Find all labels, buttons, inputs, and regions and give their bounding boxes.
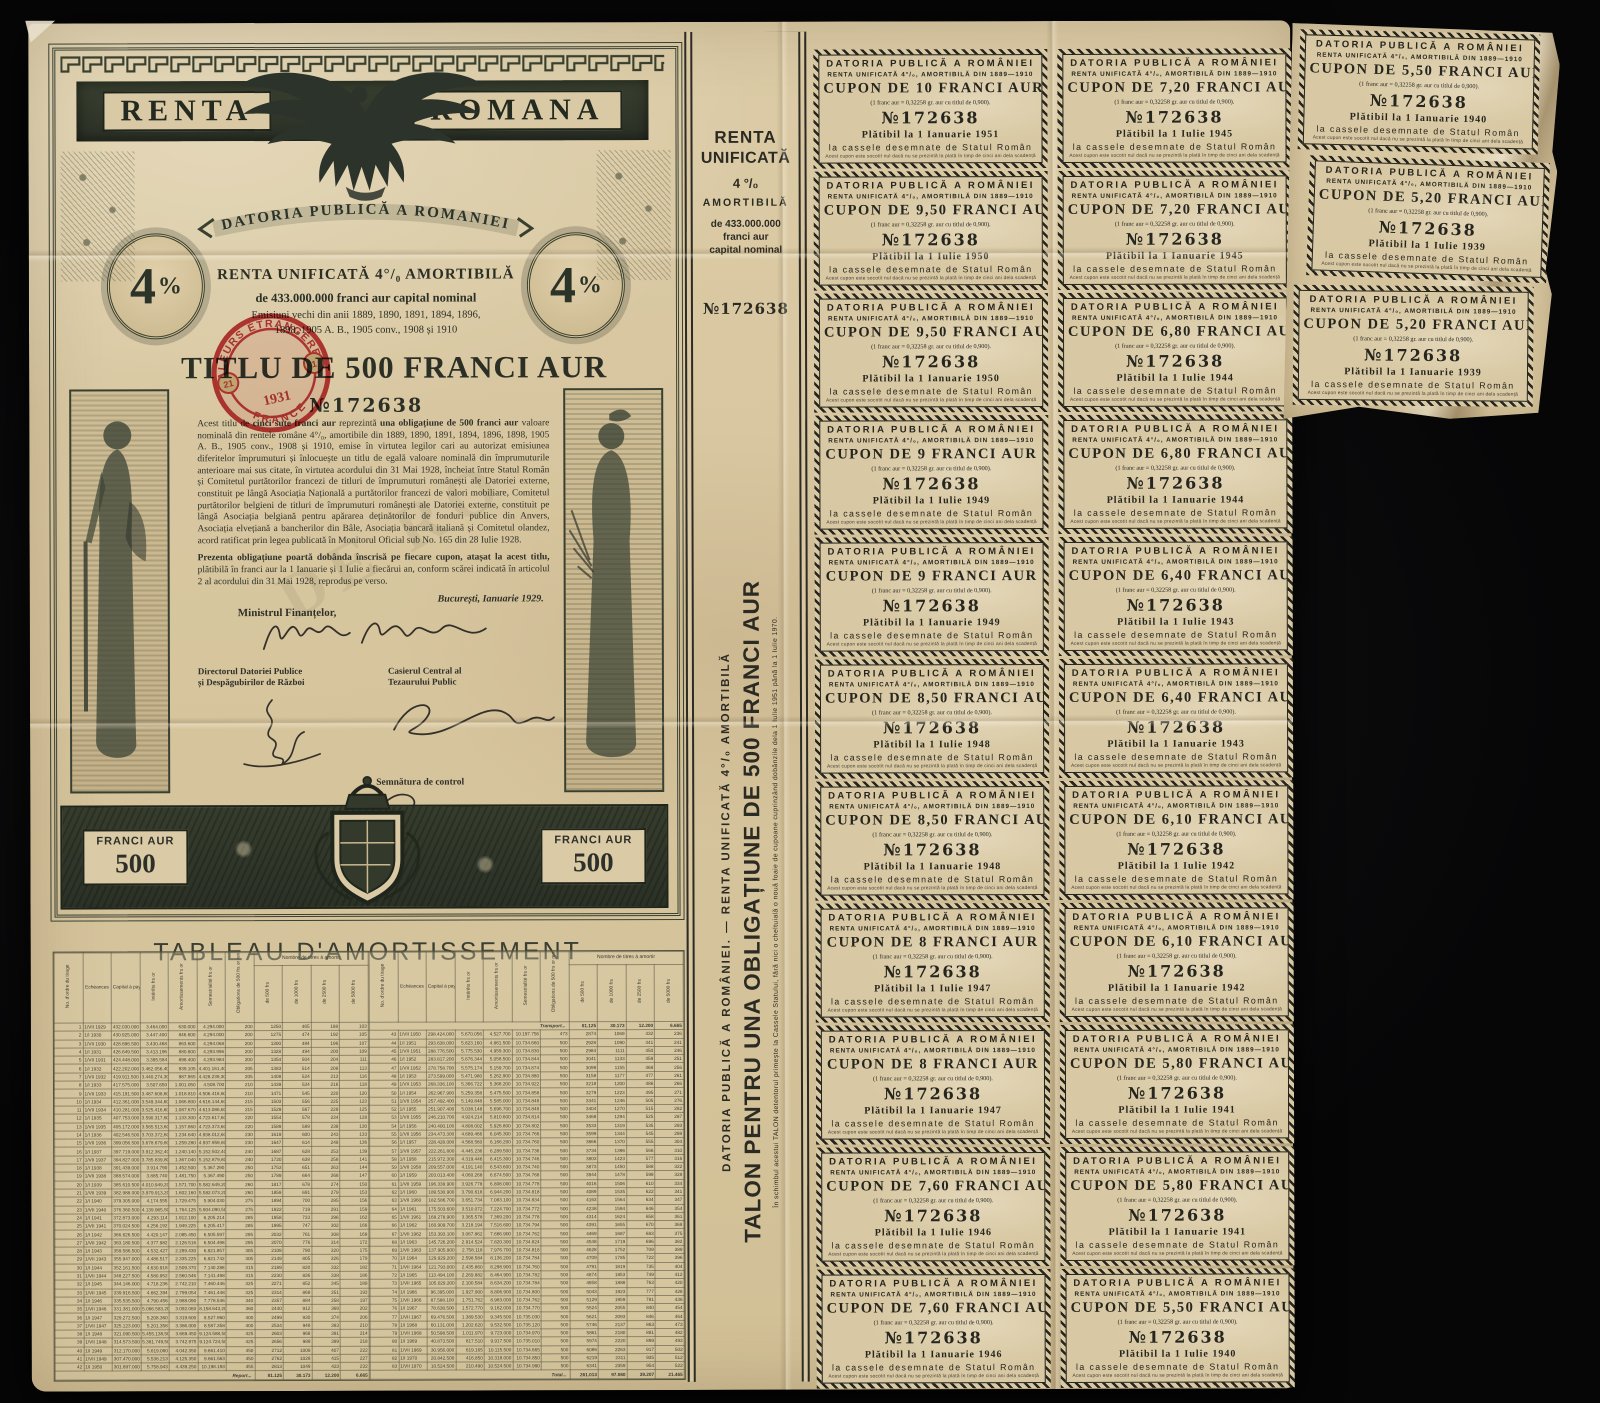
coupon: DATORIA PUBLICĂ A ROMÂNIEIRENTA UNIFICAT…: [815, 537, 1049, 657]
coupon-value: CUPON DE 6,40 FRANCI AUR: [1069, 567, 1283, 585]
coupon-column-3: DATORIA PUBLICĂ A ROMÂNIEIRENTA UNIFICAT…: [1292, 29, 1540, 408]
talon-vertical-title: TALON PENTRU UNA OBLIGAȚIUNE DE 500 FRAN…: [738, 462, 766, 1362]
coupon-fine-print: Acest cupon este socotit nul dacă nu se …: [1071, 1373, 1285, 1379]
table-header: No. d'ordre du tirage: [54, 953, 83, 1023]
table-header: Echéances: [398, 952, 427, 1022]
table-header: Obligations de 500 frs or remboursables …: [540, 952, 569, 1022]
coupon-series: RENTA UNIFICATĂ 4°/₀, AMORTIBILĂ DIN 188…: [1067, 70, 1281, 78]
coupon-fine-print: Acest cupon este socotit nul dacă nu se …: [1070, 1007, 1284, 1013]
coupon-value: CUPON DE 8,50 FRANCI AUR: [825, 690, 1039, 708]
left-figure-illustration: [69, 389, 170, 793]
table-header: de 500 frs: [254, 965, 283, 1022]
coupon-issuer: DATORIA PUBLICĂ A ROMÂNIEI: [824, 180, 1038, 192]
coupon-series: RENTA UNIFICATĂ 4°/₀, AMORTIBILĂ DIN 188…: [1068, 314, 1282, 322]
coupon-series: RENTA UNIFICATĂ 4°/₀, AMORTIBILĂ DIN 188…: [1070, 1046, 1284, 1054]
coupon-due-date: Plătibil la 1 Ianuarie 1942: [1070, 982, 1284, 994]
coupon-payment-place: la cassele desemnate de Statul Român: [1069, 751, 1283, 762]
coupon-payment-place: la cassele desemnate de Statul Român: [825, 874, 1039, 885]
minister-signature: [258, 615, 508, 660]
value-box-left: FRANCI AUR 500: [82, 829, 188, 885]
coupon-value: CUPON DE 8 FRANCI AUR: [826, 934, 1040, 952]
coupon: DATORIA PUBLICĂ A ROMÂNIEIRENTA UNIFICAT…: [816, 903, 1050, 1023]
coupon: DATORIA PUBLICĂ A ROMÂNIEIRENTA UNIFICAT…: [1058, 292, 1292, 412]
coupon-serial: №172638: [825, 718, 1039, 738]
coupon-value: CUPON DE 7,60 FRANCI AUR: [827, 1300, 1041, 1318]
coupon-payment-place: la cassele desemnate de Statul Român: [825, 752, 1039, 763]
table-group-header: Nombre de titres à amortir: [254, 952, 368, 965]
coupon: DATORIA PUBLICĂ A ROMÂNIEIRENTA UNIFICAT…: [1060, 902, 1294, 1022]
coupon-gold-parity: (1 franc aur = 0,32258 gr. aur cu titlul…: [1069, 586, 1283, 594]
coupon-serial: №172638: [827, 1328, 1041, 1348]
coupon-gold-parity: (1 franc aur = 0,32258 gr. aur cu titlul…: [1071, 1318, 1285, 1326]
coupon-issuer: DATORIA PUBLICĂ A ROMÂNIEI: [1069, 667, 1283, 679]
coupon-payment-place: la cassele desemnate de Statul Român: [824, 142, 1038, 153]
talon-unificata: UNIFICATĂ: [687, 150, 805, 168]
coupon-gold-parity: (1 franc aur = 0,32258 gr. aur cu titlul…: [824, 465, 1038, 473]
coupon: DATORIA PUBLICĂ A ROMÂNIEIRENTA UNIFICAT…: [814, 171, 1048, 291]
coupon-payment-place: la cassele desemnate de Statul Român: [1068, 263, 1282, 274]
coupon-due-date: Plătibil la 1 Ianuarie 1951: [823, 129, 1037, 141]
coupon-payment-place: la cassele desemnate de Statul Român: [1070, 1239, 1284, 1250]
talon-rate: 4 °/₀: [687, 176, 805, 191]
coupon-serial: №172638: [823, 108, 1037, 128]
cashier-signature: [388, 694, 558, 750]
coupon-fine-print: Acest cupon este socotit nul dacă nu se …: [1070, 1129, 1284, 1135]
table-header: No. d'ordre du tirage: [369, 952, 398, 1022]
coupon-payment-place: la cassele desemnate de Statul Român: [1069, 629, 1283, 640]
renta-unificata-line: RENTA UNIFICATĂ 4°/₀ AMORTIBILĂ: [181, 266, 551, 284]
coupon-issuer: DATORIA PUBLICĂ A ROMÂNIEI: [1067, 57, 1281, 69]
coupon-fine-print: Acest cupon este socotit nul dacă nu se …: [826, 1130, 1040, 1136]
coupon-serial: №172638: [1069, 595, 1283, 615]
coupon-gold-parity: (1 franc aur = 0,32258 gr. aur cu titlul…: [823, 99, 1037, 107]
coupon-fine-print: Acest cupon este socotit nul dacă nu se …: [826, 1008, 1040, 1014]
coupon: DATORIA PUBLICĂ A ROMÂNIEIRENTA UNIFICAT…: [815, 659, 1049, 779]
coupon-series: RENTA UNIFICATĂ 4°/₀, AMORTIBILĂ DIN 188…: [1070, 1168, 1284, 1176]
coupon-serial: №172638: [1068, 229, 1282, 249]
coupon-gold-parity: (1 franc aur = 0,32258 gr. aur cu titlul…: [825, 831, 1039, 839]
coupon-issuer: DATORIA PUBLICĂ A ROMÂNIEI: [1069, 545, 1283, 557]
coupon-issuer: DATORIA PUBLICĂ A ROMÂNIEI: [1070, 1277, 1284, 1289]
table-header: Capital à payer frs or: [426, 952, 455, 1022]
coupon-gold-parity: (1 franc aur = 0,32258 gr. aur cu titlul…: [1070, 952, 1284, 960]
coupon-due-date: Plătibil la 1 Ianuarie 1950: [824, 373, 1038, 385]
coupon-gold-parity: (1 franc aur = 0,32258 gr. aur cu titlul…: [826, 1075, 1040, 1083]
coupon-serial: №172638: [824, 474, 1038, 494]
coupon: DATORIA PUBLICĂ A ROMÂNIEIRENTA UNIFICAT…: [816, 1269, 1050, 1389]
coupon: DATORIA PUBLICĂ A ROMÂNIEIRENTA UNIFICAT…: [1059, 658, 1293, 778]
coupon: DATORIA PUBLICĂ A ROMÂNIEIRENTA UNIFICAT…: [1058, 414, 1292, 534]
coupon-issuer: DATORIA PUBLICĂ A ROMÂNIEI: [1068, 179, 1282, 191]
coupon-payment-place: la cassele desemnate de Statul Român: [1071, 1361, 1285, 1372]
coupon-issuer: DATORIA PUBLICĂ A ROMÂNIEI: [826, 912, 1040, 924]
coupon-value: CUPON DE 7,20 FRANCI AUR: [1067, 79, 1281, 97]
coupon-fine-print: Acest cupon este socotit nul dacă nu se …: [1068, 397, 1282, 403]
coupon-value: CUPON DE 5,50 FRANCI AUR: [1309, 61, 1529, 83]
coupon: DATORIA PUBLICĂ A ROMÂNIEIRENTA UNIFICAT…: [1058, 170, 1292, 290]
coupon-series: RENTA UNIFICATĂ 4°/₀, AMORTIBILĂ DIN 188…: [1069, 802, 1283, 810]
coupon-value: CUPON DE 5,80 FRANCI AUR: [1070, 1055, 1284, 1073]
coupon-series: RENTA UNIFICATĂ 4°/₀, AMORTIBILĂ DIN 188…: [825, 559, 1039, 567]
coupon-due-date: Plătibil la 1 Iulie 1946: [826, 1227, 1040, 1239]
coupon-fine-print: Acest cupon este socotit nul dacă nu se …: [1070, 1251, 1284, 1257]
coupon-due-date: Plătibil la 1 Ianuarie 1945: [1068, 250, 1282, 262]
coupon-issuer: DATORIA PUBLICĂ A ROMÂNIEI: [824, 424, 1038, 436]
coupon-fine-print: Acest cupon este socotit nul dacă nu se …: [1069, 641, 1283, 647]
capital-line: de 433.000.000 franci aur capital nomina…: [181, 290, 551, 306]
coupon: DATORIA PUBLICĂ A ROMÂNIEIRENTA UNIFICAT…: [1298, 29, 1541, 154]
coupon-fine-print: Acest cupon este socotit nul dacă nu se …: [1069, 763, 1283, 769]
coupon-value: CUPON DE 7,20 FRANCI AUR: [1068, 201, 1282, 219]
coupon-payment-place: la cassele desemnate de Statul Român: [1068, 141, 1282, 152]
coupon: DATORIA PUBLICĂ A ROMÂNIEIRENTA UNIFICAT…: [1057, 48, 1291, 168]
coupon-series: RENTA UNIFICATĂ 4°/₀, AMORTIBILĂ DIN 188…: [825, 803, 1039, 811]
coupon-serial: №172638: [1071, 1327, 1285, 1347]
coupon-serial: №172638: [1070, 961, 1284, 981]
director-label: Directorul Datoriei Publice și Despăgubi…: [198, 666, 360, 773]
coupon-due-date: Plătibil la 1 Ianuarie 1944: [1068, 494, 1282, 506]
coupon-series: RENTA UNIFICATĂ 4°/₀, AMORTIBILĂ DIN 188…: [823, 71, 1037, 79]
coupon-series: RENTA UNIFICATĂ 4°/₀, AMORTIBILĂ DIN 188…: [826, 1047, 1040, 1055]
coupon-gold-parity: (1 franc aur = 0,32258 gr. aur cu titlul…: [826, 953, 1040, 961]
coupon-fine-print: Acest cupon este socotit nul dacă nu se …: [825, 642, 1039, 648]
coupon-due-date: Plătibil la 1 Iulie 1948: [825, 739, 1039, 751]
coupon-series: RENTA UNIFICATĂ 4°/₀, AMORTIBILĂ DIN 188…: [825, 681, 1039, 689]
table-header: de 1000 frs: [597, 965, 626, 1022]
coupon: DATORIA PUBLICĂ A ROMÂNIEIRENTA UNIFICAT…: [1060, 1146, 1294, 1266]
coupon-serial: №172638: [1069, 717, 1283, 737]
talon-strip: RENTA UNIFICATĂ 4 °/₀ AMORTIBILĂ de 433.…: [684, 32, 810, 1382]
coupon-issuer: DATORIA PUBLICĂ A ROMÂNIEI: [826, 1156, 1040, 1168]
coupon-fine-print: Acest cupon este socotit nul dacă nu se …: [825, 886, 1039, 892]
cashier-label: Casierul Central al Tezaurului Public: [374, 665, 550, 772]
coupon-series: RENTA UNIFICATĂ 4°/₀, AMORTIBILĂ DIN 188…: [826, 1169, 1040, 1177]
coupon-issuer: DATORIA PUBLICĂ A ROMÂNIEI: [1070, 911, 1284, 923]
dateline: București, Ianuarie 1929.: [198, 593, 544, 605]
coupon-due-date: Plătibil la 1 Ianuarie 1949: [825, 617, 1039, 629]
coupon-issuer: DATORIA PUBLICĂ A ROMÂNIEI: [823, 58, 1037, 70]
coupon-gold-parity: (1 franc aur = 0,32258 gr. aur cu titlul…: [824, 221, 1038, 229]
coupon: DATORIA PUBLICĂ A ROMÂNIEIRENTA UNIFICAT…: [1059, 780, 1293, 900]
table-header: Echéances: [83, 953, 112, 1023]
coupon-fine-print: Acest cupon este socotit nul dacă nu se …: [1068, 275, 1282, 281]
coupon-serial: №172638: [1069, 839, 1283, 859]
coupon-series: RENTA UNIFICATĂ 4°/₀, AMORTIBILĂ DIN 188…: [826, 925, 1040, 933]
coupon-series: RENTA UNIFICATĂ 4°/₀, AMORTIBILĂ DIN 188…: [1069, 558, 1283, 566]
coupon-issuer: DATORIA PUBLICĂ A ROMÂNIEI: [824, 302, 1038, 314]
coupon-value: CUPON DE 6,10 FRANCI AUR: [1069, 811, 1283, 829]
coupon-payment-place: la cassele desemnate de Statul Român: [826, 996, 1040, 1007]
certificate: RENTA ROMANA DATORIA PUBLICĂ A ROMANIEI …: [50, 32, 684, 1384]
talon-renta: RENTA: [686, 128, 804, 148]
coupon-payment-place: la cassele desemnate de Statul Român: [1070, 1117, 1284, 1128]
coupon-series: RENTA UNIFICATĂ 4°/₀, AMORTIBILĂ DIN 188…: [1068, 192, 1282, 200]
table-header: Amortissements frs or: [483, 952, 512, 1022]
coupon-issuer: DATORIA PUBLICĂ A ROMÂNIEI: [1068, 423, 1282, 435]
coupon-due-date: Plătibil la 1 Iulie 1943: [1069, 616, 1283, 628]
coupon-series: RENTA UNIFICATĂ 4°/₀, AMORTIBILĂ DIN 188…: [1068, 436, 1282, 444]
right-figure-illustration: [563, 388, 664, 792]
coupon-value: CUPON DE 6,80 FRANCI AUR: [1068, 445, 1282, 463]
coupon-gold-parity: (1 franc aur = 0,32258 gr. aur cu titlul…: [1068, 220, 1282, 228]
torn-coupon-piece: DATORIA PUBLICĂ A ROMÂNIEIRENTA UNIFICAT…: [1284, 23, 1561, 425]
amortization-table-right: No. d'ordre du tirageEchéancesCapital à …: [369, 951, 685, 1380]
coupon-value: CUPON DE 9 FRANCI AUR: [825, 568, 1039, 586]
coupon-payment-place: la cassele desemnate de Statul Român: [825, 630, 1039, 641]
coupon-gold-parity: (1 franc aur = 0,32258 gr. aur cu titlul…: [825, 587, 1039, 595]
talon-head: RENTA UNIFICATĂ 4 °/₀ AMORTIBILĂ de 433.…: [686, 128, 804, 318]
coupon-gold-parity: (1 franc aur = 0,32258 gr. aur cu titlul…: [1068, 464, 1282, 472]
coupon-issuer: DATORIA PUBLICĂ A ROMÂNIEI: [1070, 1033, 1284, 1045]
coupon-fine-print: Acest cupon este socotit nul dacă nu se …: [1068, 153, 1282, 159]
coupon-serial: №172638: [826, 1206, 1040, 1226]
coupon-due-date: Plătibil la 1 Ianuarie 1939: [1303, 366, 1523, 379]
coupon-serial: №172638: [825, 840, 1039, 860]
coupon-due-date: Plătibil la 1 Iulie 1945: [1067, 128, 1281, 140]
coupon-gold-parity: (1 franc aur = 0,32258 gr. aur cu titlul…: [825, 709, 1039, 717]
coupon-payment-place: la cassele desemnate de Statul Român: [1070, 995, 1284, 1006]
coupon-issuer: DATORIA PUBLICĂ A ROMÂNIEI: [1070, 1155, 1284, 1167]
coupon-due-date: Plătibil la 1 Iulie 1940: [1071, 1348, 1285, 1360]
coupon-payment-place: la cassele desemnate de Statul Român: [1303, 379, 1523, 391]
coupon-due-date: Plătibil la 1 Iulie 1941: [1070, 1104, 1284, 1116]
coupon-due-date: Plătibil la 1 Ianuarie 1946: [827, 1349, 1041, 1361]
table-header: de 5000 frs: [654, 964, 683, 1021]
coupon-due-date: Plătibil la 1 Iulie 1950: [824, 251, 1038, 263]
talon-serial: №172638: [687, 300, 805, 318]
coupon-value: CUPON DE 9,50 FRANCI AUR: [824, 202, 1038, 220]
coupon-issuer: DATORIA PUBLICĂ A ROMÂNIEI: [1068, 301, 1282, 313]
table-header: Obligations de 500 frs or remboursables …: [225, 953, 254, 1023]
coupon-gold-parity: (1 franc aur = 0,32258 gr. aur cu titlul…: [824, 343, 1038, 351]
table-header: de 2500 frs: [311, 965, 340, 1022]
coupon-payment-place: la cassele desemnate de Statul Român: [827, 1362, 1041, 1373]
table-header: Intérêts frs or: [140, 953, 169, 1023]
bond-sheet: RENTA ROMANA DATORIA PUBLICĂ A ROMANIEI …: [28, 20, 1294, 1391]
coat-of-arms: [292, 773, 442, 923]
coupon: DATORIA PUBLICĂ A ROMÂNIEIRENTA UNIFICAT…: [1293, 285, 1534, 407]
coupon-due-date: Plătibil la 1 Iulie 1942: [1069, 860, 1283, 872]
coupon-payment-place: la cassele desemnate de Statul Român: [1069, 873, 1283, 884]
coupon-value: CUPON DE 9,50 FRANCI AUR: [824, 324, 1038, 342]
coupon-series: RENTA UNIFICATĂ 4°/₀, AMORTIBILĂ DIN 188…: [827, 1291, 1041, 1299]
coupon-due-date: Plătibil la 1 Ianuarie 1948: [825, 861, 1039, 873]
coupon: DATORIA PUBLICĂ A ROMÂNIEIRENTA UNIFICAT…: [814, 293, 1048, 413]
coupon-series: RENTA UNIFICATĂ 4°/₀, AMORTIBILĂ DIN 188…: [824, 315, 1038, 323]
coupon-payment-place: la cassele desemnate de Statul Român: [824, 386, 1038, 397]
floral-ornament: [61, 151, 135, 281]
coupon-fine-print: Acest cupon este socotit nul dacă nu se …: [826, 1252, 1040, 1258]
coupon-value: CUPON DE 8 FRANCI AUR: [826, 1056, 1040, 1074]
table-header: de 1000 frs: [282, 965, 311, 1022]
table-sum-row: Report...81.12530.17312.2006.665: [55, 1371, 369, 1380]
table-header: de 5000 frs: [339, 965, 368, 1022]
coupon-issuer: DATORIA PUBLICĂ A ROMÂNIEI: [826, 1034, 1040, 1046]
coupon-serial: №172638: [1067, 107, 1281, 127]
coupon-value: CUPON DE 10 FRANCI AUR: [823, 80, 1037, 98]
floral-ornament: [597, 150, 671, 280]
coupon-serial: №172638: [824, 352, 1038, 372]
coupon-due-date: Plătibil la 1 Iulie 1944: [1068, 372, 1282, 384]
amortization-table: No. d'ordre du tirageEchéancesCapital à …: [53, 950, 686, 1382]
coupon-payment-place: la cassele desemnate de Statul Român: [826, 1118, 1040, 1129]
coupon-serial: №172638: [824, 230, 1038, 250]
talon-amortibila: AMORTIBILĂ: [687, 197, 805, 209]
talon-vertical-text: DATORIA PUBLICĂ A ROMÂNIEI. — RENTA UNIF…: [693, 462, 805, 1362]
coupon-payment-place: la cassele desemnate de Statul Român: [824, 508, 1038, 519]
coupon-series: RENTA UNIFICATĂ 4°/₀, AMORTIBILĂ DIN 188…: [1071, 1290, 1285, 1298]
table-sum-row: Total...261.01397.06039.20721.465: [370, 1370, 684, 1379]
coupon-gold-parity: (1 franc aur = 0,32258 gr. aur cu titlul…: [1069, 708, 1283, 716]
coupon-value: CUPON DE 5,80 FRANCI AUR: [1070, 1177, 1284, 1195]
coupon-issuer: DATORIA PUBLICĂ A ROMÂNIEI: [826, 1278, 1040, 1290]
talon-capital1: de 433.000.000: [687, 219, 805, 230]
coupon-column-1: DATORIA PUBLICĂ A ROMÂNIEIRENTA UNIFICAT…: [813, 49, 1051, 1389]
coupon-gold-parity: (1 franc aur = 0,32258 gr. aur cu titlul…: [826, 1197, 1040, 1205]
coupon: DATORIA PUBLICĂ A ROMÂNIEIRENTA UNIFICAT…: [1060, 1024, 1294, 1144]
coupon-series: RENTA UNIFICATĂ 4°/₀, AMORTIBILĂ DIN 188…: [824, 437, 1038, 445]
coupon-fine-print: Acest cupon este socotit nul dacă nu se …: [1303, 391, 1523, 398]
coupon-payment-place: la cassele desemnate de Statul Român: [824, 264, 1038, 275]
coupon-series: RENTA UNIFICATĂ 4°/₀, AMORTIBILĂ DIN 188…: [1070, 924, 1284, 932]
coupon-gold-parity: (1 franc aur = 0,32258 gr. aur cu titlul…: [1303, 335, 1523, 344]
coupon: DATORIA PUBLICĂ A ROMÂNIEIRENTA UNIFICAT…: [816, 1147, 1050, 1267]
coupon-fine-print: Acest cupon este socotit nul dacă nu se …: [825, 520, 1039, 526]
coupon: DATORIA PUBLICĂ A ROMÂNIEIRENTA UNIFICAT…: [815, 781, 1049, 901]
coupon-fine-print: Acest cupon este socotit nul dacă nu se …: [1069, 519, 1283, 525]
table-header: Amortissements frs or: [168, 953, 197, 1023]
coupon: DATORIA PUBLICĂ A ROMÂNIEIRENTA UNIFICAT…: [1060, 1268, 1294, 1388]
talon-capital2: franci aur: [687, 232, 805, 243]
coupon-gold-parity: (1 franc aur = 0,32258 gr. aur cu titlul…: [1068, 342, 1282, 350]
coupon-gold-parity: (1 franc aur = 0,32258 gr. aur cu titlul…: [827, 1319, 1041, 1327]
coupon-due-date: Plătibil la 1 Ianuarie 1947: [826, 1105, 1040, 1117]
coupon-gold-parity: (1 franc aur = 0,32258 gr. aur cu titlul…: [1067, 98, 1281, 106]
coupon-fine-print: Acest cupon este socotit nul dacă nu se …: [824, 154, 1038, 160]
coupon-serial: №172638: [1303, 344, 1523, 365]
coupon-serial: №172638: [1070, 1083, 1284, 1103]
coupon: DATORIA PUBLICĂ A ROMÂNIEIRENTA UNIFICAT…: [816, 1025, 1050, 1145]
coupon-value: CUPON DE 6,10 FRANCI AUR: [1070, 933, 1284, 951]
coupon-fine-print: Acest cupon este socotit nul dacă nu se …: [824, 276, 1038, 282]
coupon: DATORIA PUBLICĂ A ROMÂNIEIRENTA UNIFICAT…: [814, 415, 1048, 535]
coupon-gold-parity: (1 franc aur = 0,32258 gr. aur cu titlul…: [1070, 1074, 1284, 1082]
coupon-sheet: DATORIA PUBLICĂ A ROMÂNIEIRENTA UNIFICAT…: [813, 48, 1295, 1388]
coupon-serial: №172638: [1068, 473, 1282, 493]
talon-vertical-issuer: DATORIA PUBLICĂ A ROMÂNIEI. — RENTA UNIF…: [719, 462, 733, 1362]
table-header: de 2500 frs: [626, 965, 655, 1022]
coupon-value: CUPON DE 7,60 FRANCI AUR: [826, 1178, 1040, 1196]
coupon-payment-place: la cassele desemnate de Statul Român: [1068, 385, 1282, 396]
coupon-payment-place: la cassele desemnate de Statul Român: [1068, 507, 1282, 518]
coupon-fine-print: Acest cupon este socotit nul dacă nu se …: [825, 764, 1039, 770]
photo-stage: RENTA ROMANA DATORIA PUBLICĂ A ROMANIEI …: [0, 0, 1600, 1403]
coupon-fine-print: Acest cupon este socotit nul dacă nu se …: [1069, 885, 1283, 891]
talon-vertical-fine-print: În schimbul acestui TALON detentorul pri…: [771, 462, 780, 1362]
coupon-value: CUPON DE 6,80 FRANCI AUR: [1068, 323, 1282, 341]
coupon-series: RENTA UNIFICATĂ 4°/₀, AMORTIBILĂ DIN 188…: [1069, 680, 1283, 688]
body-paragraph-2: Prezenta obligațiune poartă dobânda însc…: [198, 553, 550, 589]
table-header: Semestrialité frs or: [197, 953, 226, 1023]
talon-capital3: capital nominal: [687, 245, 805, 256]
coupon-due-date: Plătibil la 1 Ianuarie 1941: [1070, 1226, 1284, 1238]
coupon-serial: №172638: [826, 1084, 1040, 1104]
table-header: de 500 frs: [569, 965, 598, 1022]
coupon: DATORIA PUBLICĂ A ROMÂNIEIRENTA UNIFICAT…: [813, 49, 1047, 169]
coupon-value: CUPON DE 9 FRANCI AUR: [824, 446, 1038, 464]
coupon-serial: №172638: [1309, 89, 1529, 113]
coupon-issuer: DATORIA PUBLICĂ A ROMÂNIEI: [825, 790, 1039, 802]
coupon-gold-parity: (1 franc aur = 0,32258 gr. aur cu titlul…: [1070, 1196, 1284, 1204]
table-header: Intérêts frs or: [455, 952, 484, 1022]
coupon-fine-print: Acest cupon este socotit nul dacă nu se …: [824, 398, 1038, 404]
director-signature: [224, 694, 334, 772]
table-group-header: Nombre de titres à amortir: [569, 951, 683, 964]
coupon-issuer: DATORIA PUBLICĂ A ROMÂNIEI: [1304, 294, 1524, 307]
coupon-serial: №172638: [825, 596, 1039, 616]
coupon-value: CUPON DE 8,50 FRANCI AUR: [825, 812, 1039, 830]
coupon-serial: №172638: [1068, 351, 1282, 371]
coupon-series: RENTA UNIFICATĂ 4°/₀, AMORTIBILĂ DIN 188…: [824, 193, 1038, 201]
table-header: Semestrialité frs or: [512, 952, 541, 1022]
amortization-table-left: No. d'ordre du tirageEchéancesCapital à …: [54, 952, 370, 1381]
coupon-fine-print: Acest cupon este socotit nul dacă nu se …: [827, 1374, 1041, 1380]
coupon-payment-place: la cassele desemnate de Statul Român: [826, 1240, 1040, 1251]
coupon-issuer: DATORIA PUBLICĂ A ROMÂNIEI: [825, 668, 1039, 680]
coupon-serial: №172638: [1070, 1205, 1284, 1225]
coupon: DATORIA PUBLICĂ A ROMÂNIEIRENTA UNIFICAT…: [1306, 155, 1550, 283]
coupon-column-2: DATORIA PUBLICĂ A ROMÂNIEIRENTA UNIFICAT…: [1057, 48, 1295, 1388]
coupon-issuer: DATORIA PUBLICĂ A ROMÂNIEI: [1069, 789, 1283, 801]
coupon-due-date: Plătibil la 1 Ianuarie 1943: [1069, 738, 1283, 750]
coupon-gold-parity: (1 franc aur = 0,32258 gr. aur cu titlul…: [1069, 830, 1283, 838]
coupon-value: CUPON DE 5,50 FRANCI AUR: [1071, 1299, 1285, 1317]
coupon-value: CUPON DE 6,40 FRANCI AUR: [1069, 689, 1283, 707]
coupon-serial: №172638: [826, 962, 1040, 982]
eagle-icon: [233, 58, 497, 207]
table-header: Capital à payer frs or: [111, 953, 140, 1023]
coupon-issuer: DATORIA PUBLICĂ A ROMÂNIEI: [825, 546, 1039, 558]
coupon: DATORIA PUBLICĂ A ROMÂNIEIRENTA UNIFICAT…: [1059, 536, 1293, 656]
coupon-value: CUPON DE 5,20 FRANCI AUR: [1303, 316, 1523, 335]
value-box-right: FRANCI AUR 500: [540, 828, 646, 884]
coupon-series: RENTA UNIFICATĂ 4°/₀, AMORTIBILĂ DIN 188…: [1304, 307, 1524, 316]
coupon-due-date: Plătibil la 1 Iulie 1949: [824, 495, 1038, 507]
coupon-due-date: Plătibil la 1 Iulie 1947: [826, 983, 1040, 995]
